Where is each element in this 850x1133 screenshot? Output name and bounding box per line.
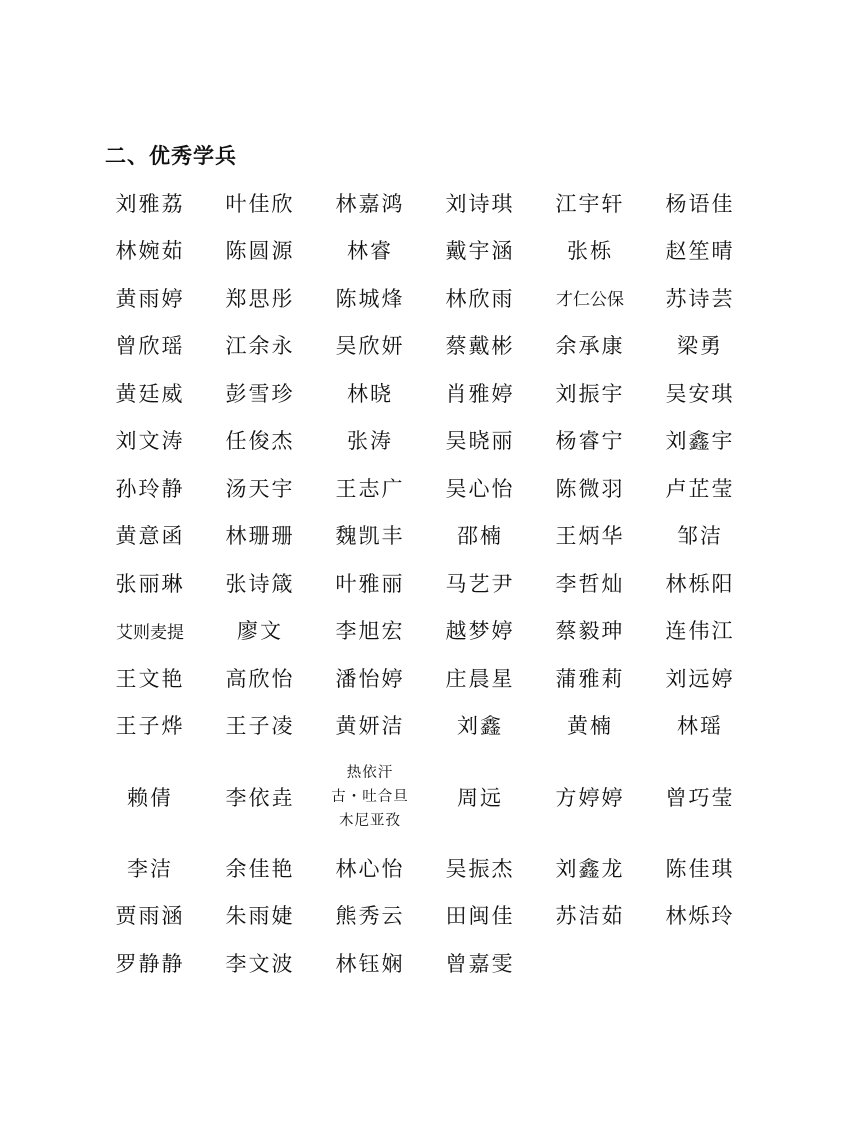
name-cell: 曾巧莹 [645, 782, 755, 812]
name-cell: 刘雅荔 [95, 188, 205, 218]
name-row: 罗静静李文波林钰娴曾嘉雯 [95, 939, 755, 987]
name-cell: 廖文 [205, 615, 315, 645]
name-cell: 李哲灿 [535, 568, 645, 598]
name-cell: 曾嘉雯 [425, 948, 535, 978]
name-cell: 汤天宇 [205, 473, 315, 503]
name-cell: 林栎阳 [645, 568, 755, 598]
name-list-grid: 刘雅荔叶佳欣林嘉鸿刘诗琪江宇轩杨语佳林婉茹陈圆源林睿戴宇涵张栎赵笙晴黄雨婷郑思彤… [95, 179, 755, 987]
name-cell: 蔡戴彬 [425, 330, 535, 360]
name-row: 刘文涛任俊杰张涛吴晓丽杨睿宁刘鑫宇 [95, 417, 755, 465]
name-cell: 刘鑫龙 [535, 853, 645, 883]
name-cell: 林珊珊 [205, 520, 315, 550]
name-cell: 林烁玲 [645, 900, 755, 930]
name-cell: 余承康 [535, 330, 645, 360]
name-cell: 林钰娴 [315, 948, 425, 978]
name-cell: 林晓 [315, 378, 425, 408]
name-cell: 王炳华 [535, 520, 645, 550]
name-cell: 周远 [425, 782, 535, 812]
name-cell: 蒲雅莉 [535, 663, 645, 693]
name-cell: 黄雨婷 [95, 283, 205, 313]
name-cell: 林欣雨 [425, 283, 535, 313]
name-cell: 赖倩 [95, 782, 205, 812]
name-cell: 张诗箴 [205, 568, 315, 598]
name-cell: 陈城烽 [315, 283, 425, 313]
name-cell: 马艺尹 [425, 568, 535, 598]
name-row: 李洁余佳艳林心怡吴振杰刘鑫龙陈佳琪 [95, 844, 755, 892]
name-cell: 刘远婷 [645, 663, 755, 693]
name-cell: 吴欣妍 [315, 330, 425, 360]
name-cell: 熊秀云 [315, 900, 425, 930]
name-cell: 肖雅婷 [425, 378, 535, 408]
name-cell: 林心怡 [315, 853, 425, 883]
name-cell: 越梦婷 [425, 615, 535, 645]
name-cell: 邹洁 [645, 520, 755, 550]
name-cell: 艾则麦提 [95, 618, 205, 643]
name-row: 曾欣瑶江余永吴欣妍蔡戴彬余承康梁勇 [95, 322, 755, 370]
name-cell: 陈微羽 [535, 473, 645, 503]
name-cell: 吴心怡 [425, 473, 535, 503]
name-cell: 吴安琪 [645, 378, 755, 408]
name-cell: 朱雨婕 [205, 900, 315, 930]
name-row: 王文艳高欣怡潘怡婷庄晨星蒲雅莉刘远婷 [95, 654, 755, 702]
name-cell: 高欣怡 [205, 663, 315, 693]
name-cell: 苏诗芸 [645, 283, 755, 313]
name-cell: 李旭宏 [315, 615, 425, 645]
name-cell: 赵笙晴 [645, 235, 755, 265]
name-cell: 陈佳琪 [645, 853, 755, 883]
name-cell: 邵楠 [425, 520, 535, 550]
name-cell: 罗静静 [95, 948, 205, 978]
name-row: 艾则麦提廖文李旭宏越梦婷蔡毅珅连伟江 [95, 607, 755, 655]
name-cell: 田闽佳 [425, 900, 535, 930]
name-cell: 江宇轩 [535, 188, 645, 218]
name-cell: 郑思彤 [205, 283, 315, 313]
name-line: 热依汗 [315, 761, 425, 785]
name-cell: 庄晨星 [425, 663, 535, 693]
name-cell: 吴晓丽 [425, 425, 535, 455]
name-row: 黄意函林珊珊魏凯丰邵楠王炳华邹洁 [95, 512, 755, 560]
name-cell: 贾雨涵 [95, 900, 205, 930]
name-row: 孙玲静汤天宇王志广吴心怡陈微羽卢芷莹 [95, 464, 755, 512]
name-cell: 卢芷莹 [645, 473, 755, 503]
name-cell: 连伟江 [645, 615, 755, 645]
name-cell: 才仁公保 [535, 285, 645, 310]
name-cell: 彭雪珍 [205, 378, 315, 408]
name-cell: 林睿 [315, 235, 425, 265]
name-cell: 杨语佳 [645, 188, 755, 218]
name-cell: 陈圆源 [205, 235, 315, 265]
name-cell: 杨睿宁 [535, 425, 645, 455]
name-cell: 林婉茹 [95, 235, 205, 265]
name-cell: 黄妍洁 [315, 710, 425, 740]
name-row: 黄雨婷郑思彤陈城烽林欣雨才仁公保苏诗芸 [95, 274, 755, 322]
name-cell: 叶佳欣 [205, 188, 315, 218]
name-row: 黄廷威彭雪珍林晓肖雅婷刘振宇吴安琪 [95, 369, 755, 417]
name-cell: 热依汗古・吐合旦木尼亚孜 [315, 761, 425, 833]
name-cell: 林瑶 [645, 710, 755, 740]
name-cell: 王文艳 [95, 663, 205, 693]
name-cell: 黄廷威 [95, 378, 205, 408]
name-cell: 刘振宇 [535, 378, 645, 408]
name-line: 古・吐合旦 [315, 785, 425, 809]
name-cell: 李洁 [95, 853, 205, 883]
name-cell: 林嘉鸿 [315, 188, 425, 218]
section-title: 二、优秀学兵 [105, 140, 237, 170]
name-cell: 刘诗琪 [425, 188, 535, 218]
name-row: 王子烨王子凌黄妍洁刘鑫黄楠林瑶 [95, 702, 755, 750]
name-cell: 黄意函 [95, 520, 205, 550]
name-cell: 李文波 [205, 948, 315, 978]
name-cell: 刘文涛 [95, 425, 205, 455]
name-line: 木尼亚孜 [315, 809, 425, 833]
name-cell: 潘怡婷 [315, 663, 425, 693]
name-cell: 任俊杰 [205, 425, 315, 455]
name-row: 贾雨涵朱雨婕熊秀云田闽佳苏洁茹林烁玲 [95, 892, 755, 940]
name-cell: 黄楠 [535, 710, 645, 740]
name-cell: 孙玲静 [95, 473, 205, 503]
name-row: 张丽琳张诗箴叶雅丽马艺尹李哲灿林栎阳 [95, 559, 755, 607]
name-cell: 魏凯丰 [315, 520, 425, 550]
name-cell: 王子烨 [95, 710, 205, 740]
name-cell: 李依垚 [205, 782, 315, 812]
name-cell: 蔡毅珅 [535, 615, 645, 645]
name-cell: 梁勇 [645, 330, 755, 360]
name-cell: 王志广 [315, 473, 425, 503]
name-cell: 王子凌 [205, 710, 315, 740]
name-cell: 张丽琳 [95, 568, 205, 598]
name-cell: 张涛 [315, 425, 425, 455]
name-cell: 方婷婷 [535, 782, 645, 812]
name-cell: 苏洁茹 [535, 900, 645, 930]
name-cell: 曾欣瑶 [95, 330, 205, 360]
name-cell: 刘鑫宇 [645, 425, 755, 455]
name-cell: 余佳艳 [205, 853, 315, 883]
name-row: 林婉茹陈圆源林睿戴宇涵张栎赵笙晴 [95, 227, 755, 275]
name-row: 赖倩李依垚热依汗古・吐合旦木尼亚孜周远方婷婷曾巧莹 [95, 749, 755, 844]
name-cell: 叶雅丽 [315, 568, 425, 598]
name-cell: 戴宇涵 [425, 235, 535, 265]
name-cell: 吴振杰 [425, 853, 535, 883]
name-cell: 江余永 [205, 330, 315, 360]
name-cell: 刘鑫 [425, 710, 535, 740]
name-cell: 张栎 [535, 235, 645, 265]
name-row: 刘雅荔叶佳欣林嘉鸿刘诗琪江宇轩杨语佳 [95, 179, 755, 227]
